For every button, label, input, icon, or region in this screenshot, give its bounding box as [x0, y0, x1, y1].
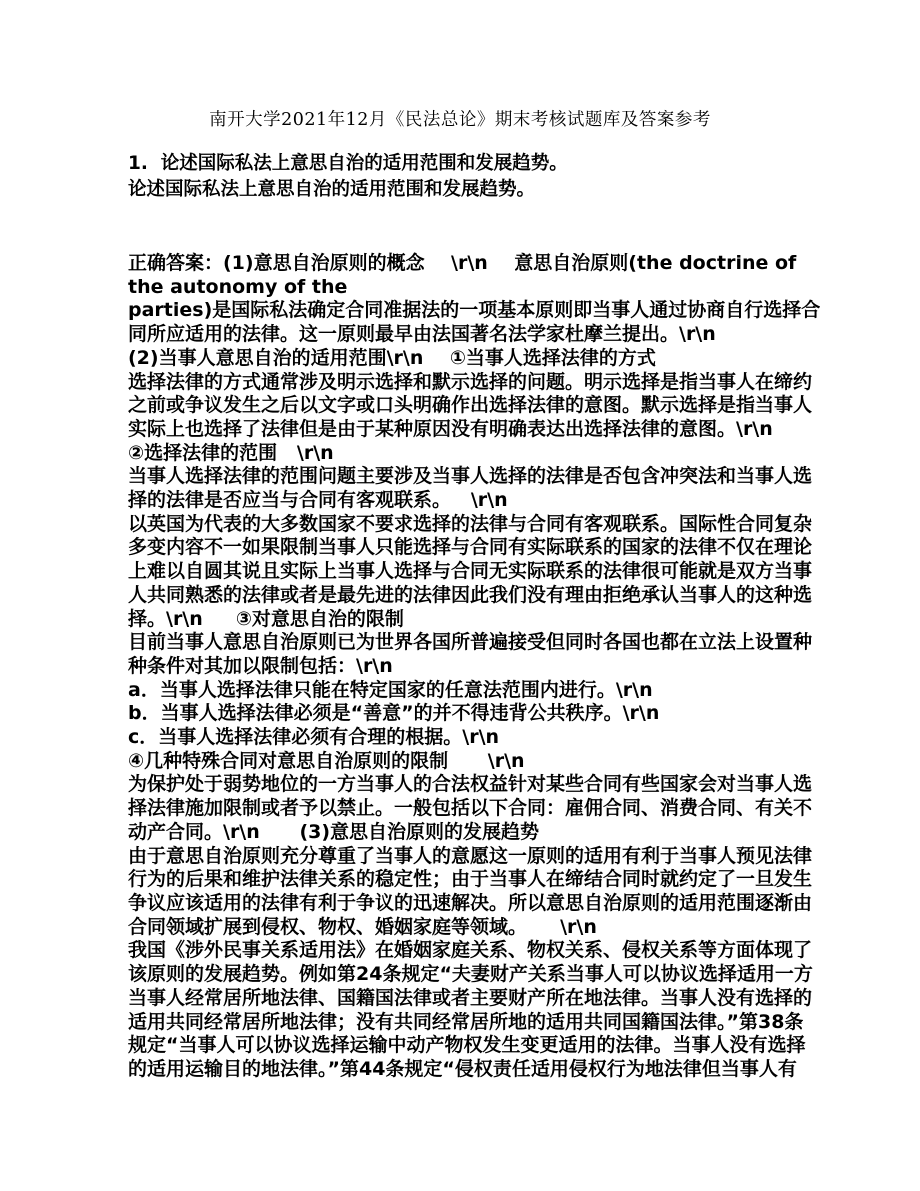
answer-line: b．当事人选择法律必须是“善意”的并不得违背公共秩序。\r\n [128, 702, 828, 726]
question-line: 论述国际私法上意思自治的适用范围和发展趋势。 [128, 177, 828, 203]
answer-line: 上难以自圆其说且实际上当事人选择与合同无实际联系的法律很可能就是双方当事 [128, 560, 828, 584]
answer-line: 选择法律的方式通常涉及明示选择和默示选择的问题。明示选择是指当事人在缔约 [128, 371, 828, 395]
answer-line: 之前或争议发生之后以文字或口头明确作出选择法律的意图。默示选择是指当事人 [128, 394, 828, 418]
answer-line: 目前当事人意思自治原则已为世界各国所普遍接受但同时各国也都在立法上设置种 [128, 631, 828, 655]
answer-line: the autonomy of the [128, 276, 828, 300]
answer-line: 由于意思自治原则充分尊重了当事人的意愿这一原则的适用有利于当事人预见法律 [128, 845, 828, 869]
answer-line: 同所应适用的法律。这一原则最早由法国著名法学家杜摩兰提出。\r\n [128, 323, 828, 347]
answer-line: 正确答案：(1)意思自治原则的概念 \r\n 意思自治原则(the doctri… [128, 252, 828, 276]
answer-line: 行为的后果和维护法律关系的稳定性；由于当事人在缔结合同时就约定了一旦发生 [128, 868, 828, 892]
document-title: 南开大学2021年12月《民法总论》期末考核试题库及答案参考 [0, 106, 920, 131]
answer-line: 我国《涉外民事关系适用法》在婚姻家庭关系、物权关系、侵权关系等方面体现了 [128, 939, 828, 963]
answer-line: ④几种特殊合同对意思自治原则的限制 \r\n [128, 750, 828, 774]
answer-line: 该原则的发展趋势。例如第24条规定“夫妻财产关系当事人可以协议选择适用一方 [128, 963, 828, 987]
document-page: 南开大学2021年12月《民法总论》期末考核试题库及答案参考 1. 论述国际私法… [0, 0, 920, 1191]
answer-line: 择。\r\n ③对意思自治的限制 [128, 608, 828, 632]
answer-line: 动产合同。\r\n (3)意思自治原则的发展趋势 [128, 821, 828, 845]
answer-line: 以英国为代表的大多数国家不要求选择的法律与合同有客观联系。国际性合同复杂 [128, 513, 828, 537]
answer-block: 正确答案：(1)意思自治原则的概念 \r\n 意思自治原则(the doctri… [128, 252, 828, 1082]
answer-line: 适用共同经常居所地法律；没有共同经常居所地的适用共同国籍国法律。”第38条 [128, 1011, 828, 1035]
answer-line: 人共同熟悉的法律或者是最先进的法律因此我们没有理由拒绝承认当事人的这种选 [128, 584, 828, 608]
answer-line: 种条件对其加以限制包括：\r\n [128, 655, 828, 679]
answer-line: 为保护处于弱势地位的一方当事人的合法权益针对某些合同有些国家会对当事人选 [128, 773, 828, 797]
answer-line: c．当事人选择法律必须有合理的根据。\r\n [128, 726, 828, 750]
answer-line: (2)当事人意思自治的适用范围\r\n ①当事人选择法律的方式 [128, 347, 828, 371]
answer-line: parties)是国际私法确定合同准据法的一项基本原则即当事人通过协商自行选择合 [128, 299, 828, 323]
answer-line: 实际上也选择了法律但是由于某种原因没有明确表达出选择法律的意图。\r\n [128, 418, 828, 442]
answer-line: 的适用运输目的地法律。”第44条规定“侵权责任适用侵权行为地法律但当事人有 [128, 1058, 828, 1082]
answer-line: ②选择法律的范围 \r\n [128, 442, 828, 466]
question-line: 1. 论述国际私法上意思自治的适用范围和发展趋势。 [128, 151, 828, 177]
answer-line: a．当事人选择法律只能在特定国家的任意法范围内进行。\r\n [128, 679, 828, 703]
answer-line: 当事人经常居所地法律、国籍国法律或者主要财产所在地法律。当事人没有选择的 [128, 987, 828, 1011]
answer-line: 择的法律是否应当与合同有客观联系。 \r\n [128, 489, 828, 513]
answer-line: 争议应该适用的法律有利于争议的迅速解决。所以意思自治原则的适用范围逐渐由 [128, 892, 828, 916]
answer-line: 多变内容不一如果限制当事人只能选择与合同有实际联系的国家的法律不仅在理论 [128, 536, 828, 560]
answer-line: 择法律施加限制或者予以禁止。一般包括以下合同：雇佣合同、消费合同、有关不 [128, 797, 828, 821]
answer-line: 合同领域扩展到侵权、物权、婚姻家庭等领域。 \r\n [128, 916, 828, 940]
question-block: 1. 论述国际私法上意思自治的适用范围和发展趋势。论述国际私法上意思自治的适用范… [128, 151, 828, 202]
answer-line: 规定“当事人可以协议选择运输中动产物权发生变更适用的法律。当事人没有选择 [128, 1034, 828, 1058]
answer-line: 当事人选择法律的范围问题主要涉及当事人选择的法律是否包含冲突法和当事人选 [128, 465, 828, 489]
